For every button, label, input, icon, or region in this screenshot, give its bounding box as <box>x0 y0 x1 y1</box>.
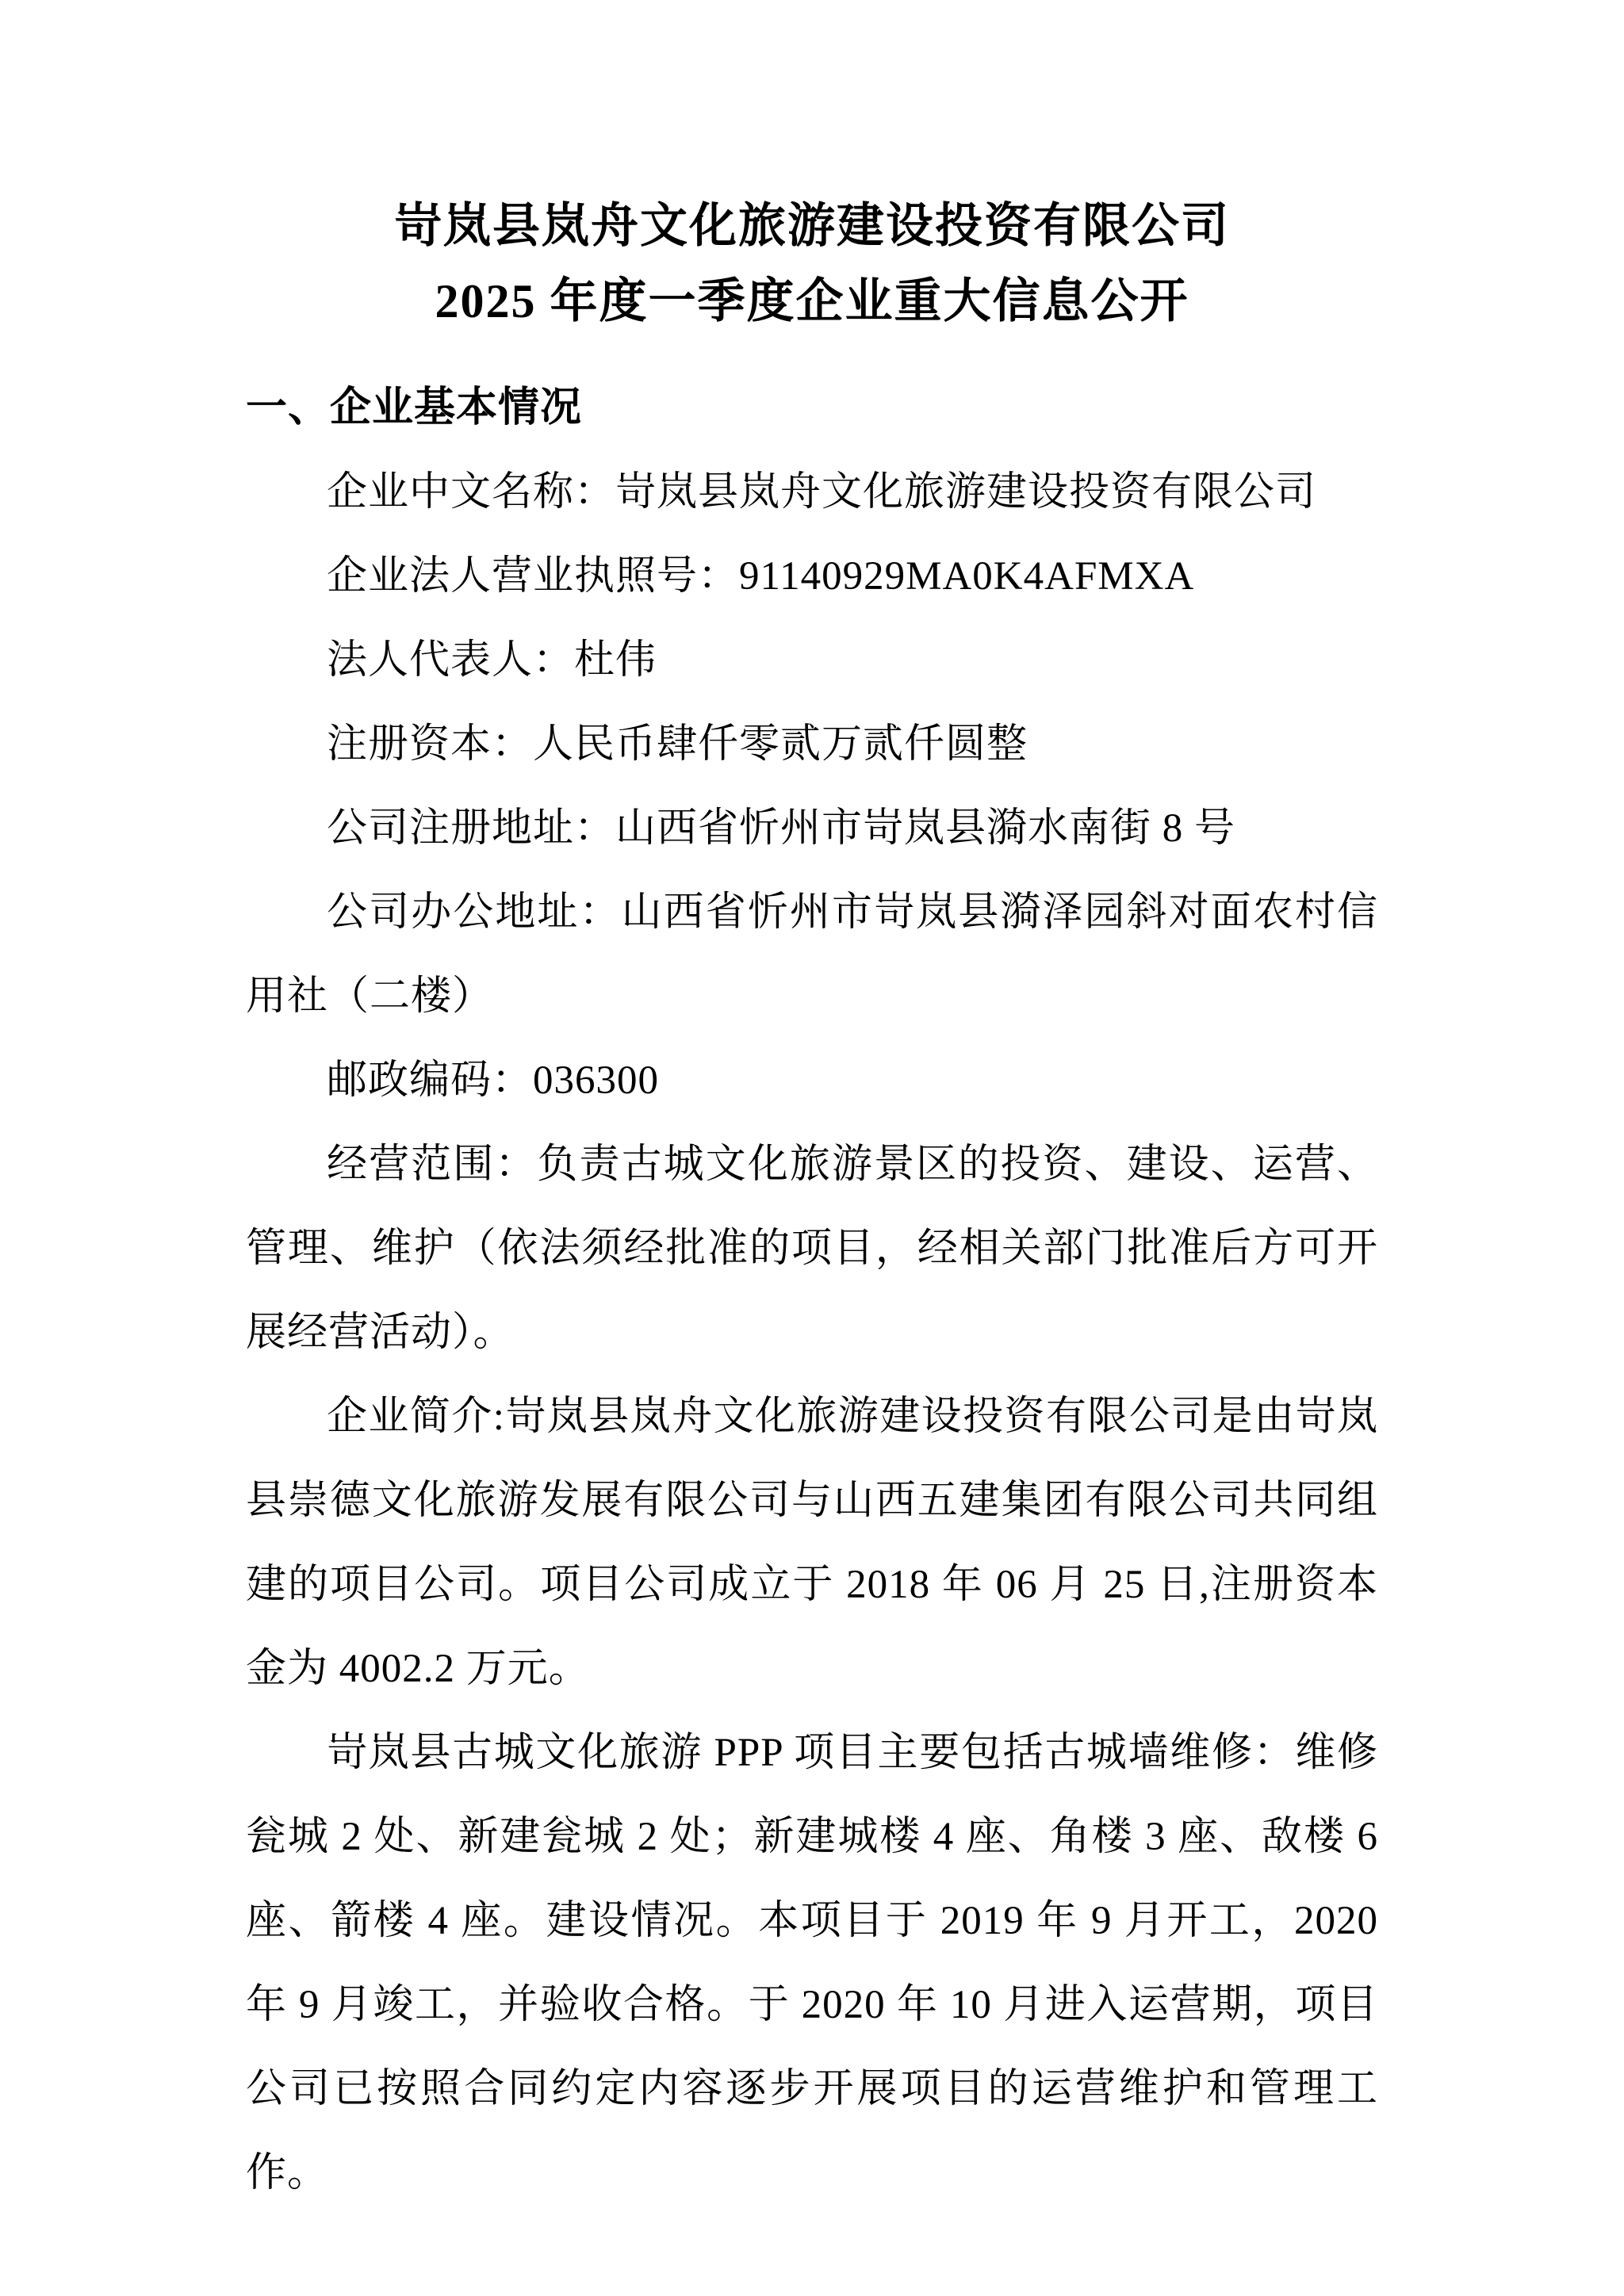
title-line-1: 岢岚县岚舟文化旅游建设投资有限公司 <box>246 189 1378 264</box>
para-business-scope: 经营范围：负责古城文化旅游景区的投资、建设、运营、管理、维护（依法须经批准的项目… <box>246 1123 1378 1375</box>
para-company-chinese-name: 企业中文名称：岢岚县岚舟文化旅游建设投资有限公司 <box>246 450 1378 534</box>
document-page: 岢岚县岚舟文化旅游建设投资有限公司 2025 年度一季度企业重大信息公开 一、企… <box>0 0 1624 2296</box>
para-registered-capital: 注册资本：人民币肆仟零贰万贰仟圆整 <box>246 702 1378 786</box>
para-registered-address: 公司注册地址：山西省忻州市岢岚县漪水南街 8 号 <box>246 786 1378 871</box>
para-legal-representative: 法人代表人：杜伟 <box>246 618 1378 702</box>
para-business-license-number: 企业法人营业执照号：91140929MA0K4AFMXA <box>246 534 1378 618</box>
document-title: 岢岚县岚舟文化旅游建设投资有限公司 2025 年度一季度企业重大信息公开 <box>246 189 1378 339</box>
para-postal-code: 邮政编码：036300 <box>246 1039 1378 1123</box>
document-content: 岢岚县岚舟文化旅游建设投资有限公司 2025 年度一季度企业重大信息公开 一、企… <box>246 189 1378 2215</box>
para-ppp-project-description: 岢岚县古城文化旅游 PPP 项目主要包括古城墙维修：维修瓮城 2 处、新建瓮城 … <box>246 1711 1378 2215</box>
section-heading-basic-info: 一、企业基本情况 <box>246 366 1378 450</box>
para-office-address: 公司办公地址：山西省忻州市岢岚县漪泽园斜对面农村信用社（二楼） <box>246 871 1378 1039</box>
para-company-profile: 企业简介:岢岚县岚舟文化旅游建设投资有限公司是由岢岚县崇德文化旅游发展有限公司与… <box>246 1375 1378 1711</box>
title-line-2: 2025 年度一季度企业重大信息公开 <box>246 264 1378 339</box>
